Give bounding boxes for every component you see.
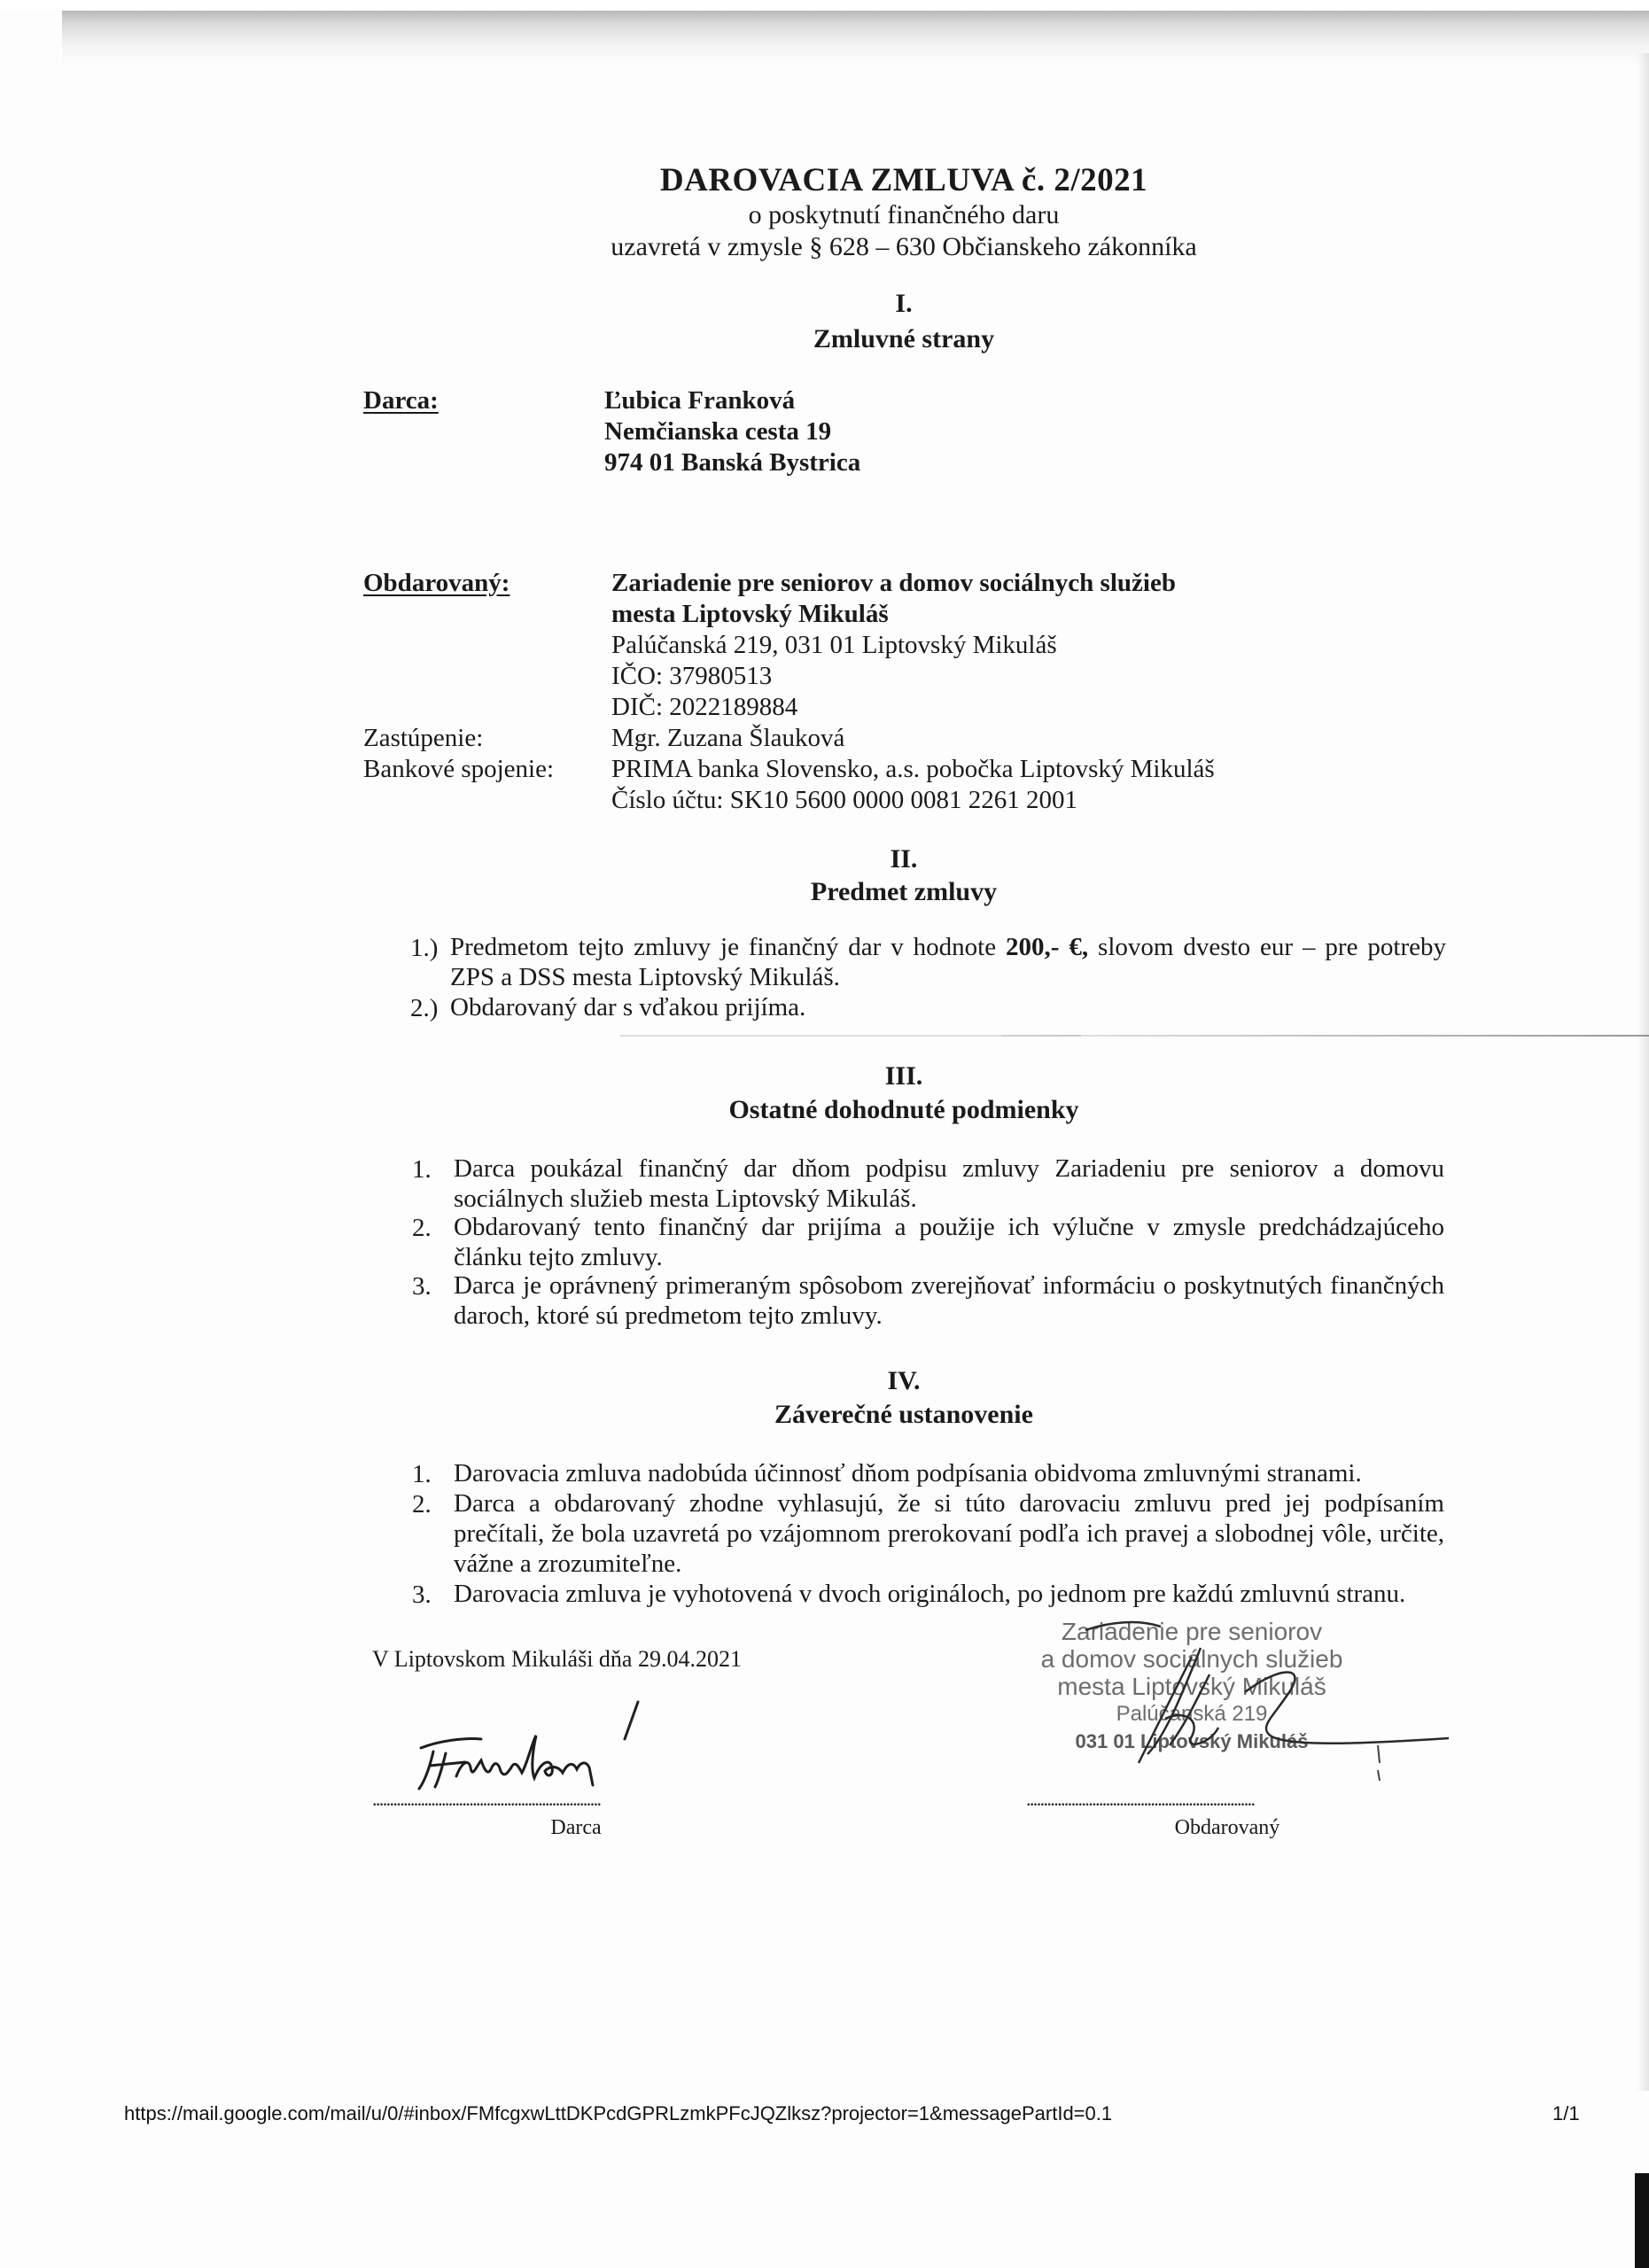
- list-item: Obdarovaný tento finančný dar prijíma a …: [454, 1212, 1444, 1272]
- document-subtitle: o poskytnutí finančného daru: [0, 200, 1649, 230]
- list-item: Darovacia zmluva nadobúda účinnosť dňom …: [454, 1458, 1455, 1488]
- donor-signature-label: Darca: [372, 1816, 780, 1840]
- document-title: DAROVACIA ZMLUVA č. 2/2021: [0, 161, 1649, 199]
- document-legal-basis: uzavretá v zmysle § 628 – 630 Občianskeh…: [0, 232, 1649, 262]
- list-marker: 3.: [412, 1272, 432, 1301]
- list-marker: 3.: [412, 1581, 432, 1610]
- donor-street: Nemčianska cesta 19: [604, 417, 831, 447]
- recipient-signature: [1059, 1621, 1458, 1781]
- donor-city: 974 01 Banská Bystrica: [604, 448, 860, 478]
- print-url: https://mail.google.com/mail/u/0/#inbox/…: [124, 2102, 1112, 2125]
- list-marker: 1.): [410, 934, 438, 963]
- bank-value: PRIMA banka Slovensko, a.s. pobočka Lipt…: [611, 755, 1215, 784]
- recipient-signature-line: ........................................…: [1026, 1788, 1254, 1811]
- list-item: Obdarovaný dar s vďakou prijíma.: [450, 992, 1446, 1022]
- section-1-number: I.: [0, 289, 1649, 319]
- representation-value: Mgr. Zuzana Šlauková: [611, 724, 844, 753]
- donor-signature: [403, 1697, 669, 1794]
- section-3-number: III.: [0, 1061, 1649, 1091]
- recipient-signature-label: Obdarovaný: [1026, 1816, 1428, 1840]
- page-number: 1/1: [1552, 2102, 1580, 2125]
- list-item: Darovacia zmluva je vyhotovená v dvoch o…: [454, 1579, 1455, 1609]
- representation-label: Zastúpenie:: [363, 724, 483, 753]
- list-marker: 2.: [412, 1214, 432, 1243]
- list-marker: 2.): [410, 994, 438, 1023]
- section-4-heading: Záverečné ustanovenie: [0, 1400, 1649, 1430]
- recipient-label: Obdarovaný:: [363, 569, 509, 598]
- recipient-name-line-1: Zariadenie pre seniorov a domov sociálny…: [611, 569, 1176, 598]
- section-2-heading: Predmet zmluvy: [0, 877, 1649, 907]
- scan-edge-mark: [1635, 2173, 1649, 2268]
- scan-border: [0, 0, 1649, 11]
- place-and-date: V Liptovskom Mikuláši dňa 29.04.2021: [372, 1646, 742, 1673]
- item-text: Predmetom tejto zmluvy je finančný dar v…: [450, 933, 1006, 961]
- donor-signature-line: ........................................…: [372, 1788, 600, 1811]
- section-3-heading: Ostatné dohodnuté podmienky: [0, 1095, 1649, 1125]
- paper-fold-line-right: [1001, 1035, 1649, 1037]
- section-1-heading: Zmluvné strany: [0, 324, 1649, 354]
- recipient-dic: DIČ: 2022189884: [611, 693, 797, 722]
- scan-shadow-top: [62, 11, 1649, 64]
- donation-amount: 200,- €,: [1006, 933, 1088, 961]
- list-marker: 1.: [412, 1155, 432, 1184]
- recipient-name-line-2: mesta Liptovský Mikuláš: [611, 600, 889, 629]
- recipient-ico: IČO: 37980513: [611, 662, 772, 691]
- section-4-number: IV.: [0, 1366, 1649, 1396]
- list-item: Darca a obdarovaný zhodne vyhlasujú, že …: [454, 1488, 1444, 1579]
- list-item: Darca je oprávnený primeraným spôsobom z…: [454, 1270, 1444, 1331]
- donor-name: Ľubica Franková: [604, 386, 795, 416]
- list-item: Darca poukázal finančný dar dňom podpisu…: [454, 1153, 1444, 1214]
- list-marker: 2.: [412, 1490, 432, 1519]
- account-number: Číslo účtu: SK10 5600 0000 0081 2261 200…: [611, 786, 1077, 815]
- recipient-address: Palúčanská 219, 031 01 Liptovský Mikuláš: [611, 631, 1057, 660]
- section-2-number: II.: [0, 844, 1649, 874]
- list-item: Predmetom tejto zmluvy je finančný dar v…: [450, 932, 1446, 992]
- donor-label: Darca:: [363, 386, 439, 416]
- list-marker: 1.: [412, 1460, 432, 1489]
- bank-label: Bankové spojenie:: [363, 755, 554, 784]
